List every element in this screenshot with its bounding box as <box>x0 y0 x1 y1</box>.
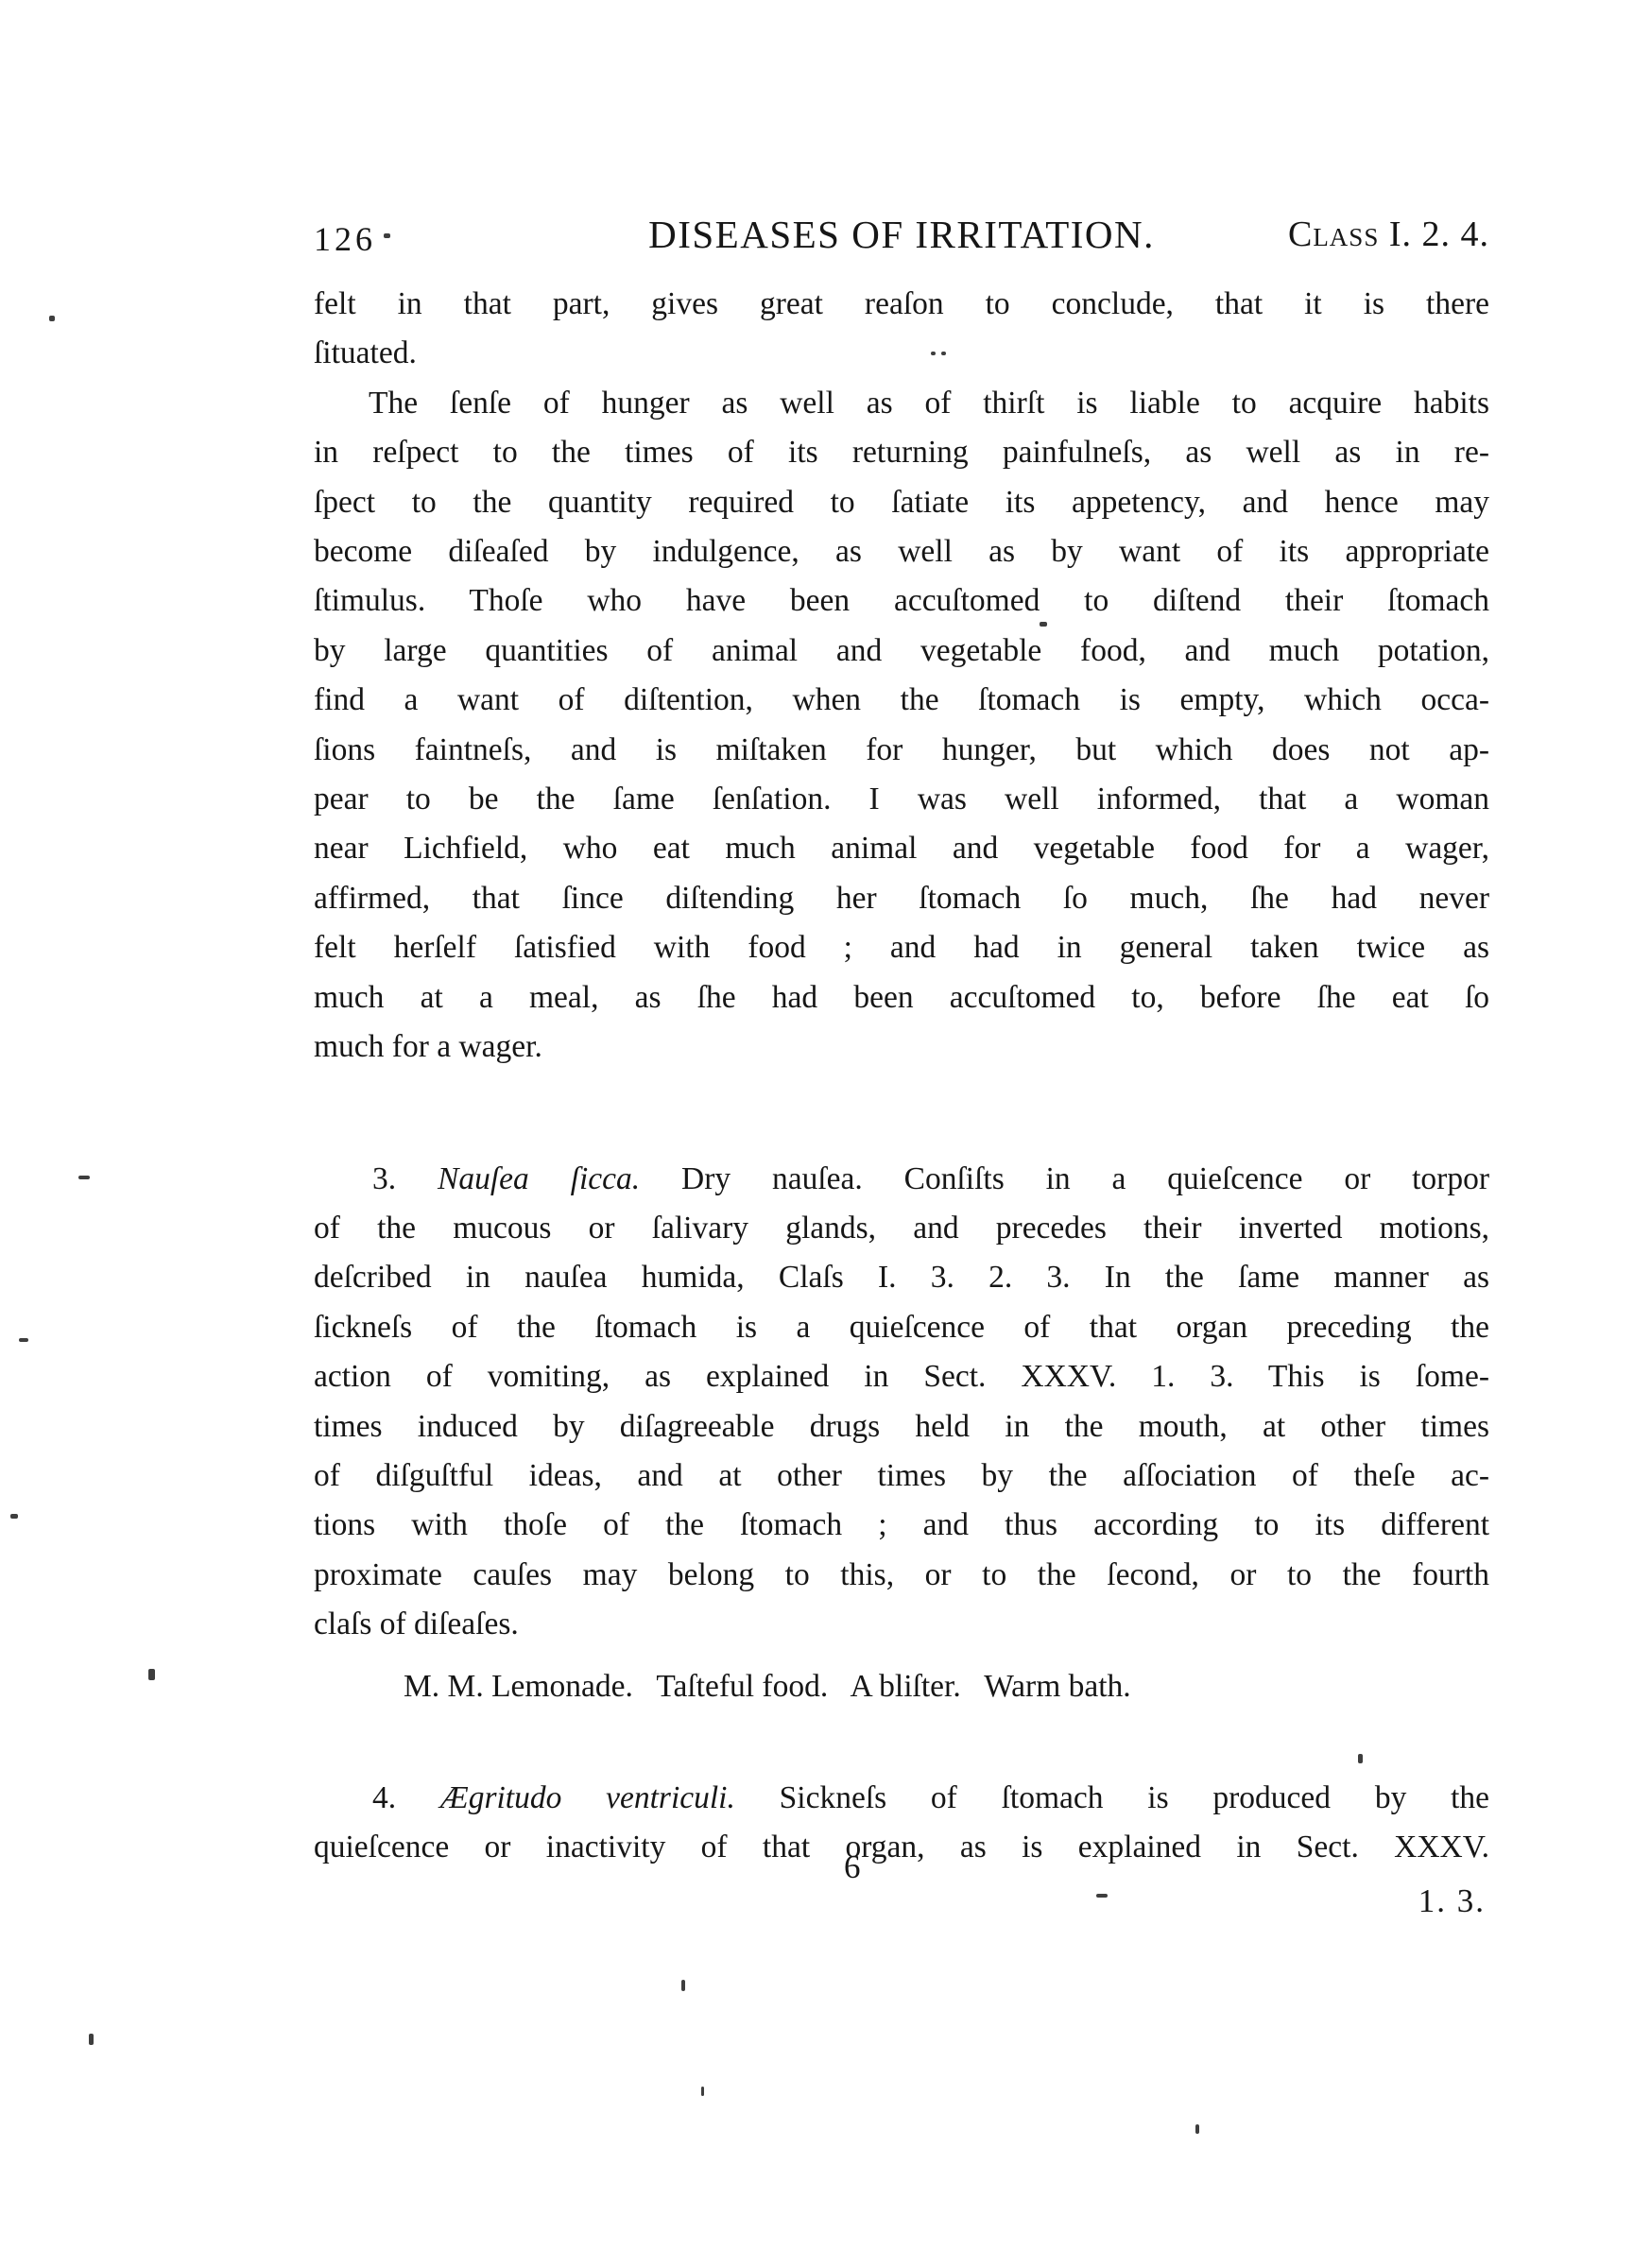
text-line: ſituated. <box>314 329 1489 378</box>
text-line: M. M. Lemonade. Taſteful food. A bliſter… <box>314 1662 1489 1711</box>
text-line: proximate cauſes may belong to this, or … <box>314 1551 1489 1600</box>
text-segment: Sickneſs of ſtomach is produced by the <box>735 1780 1489 1815</box>
scan-speck <box>941 352 946 355</box>
scan-speck <box>1358 1754 1363 1763</box>
text-segment: proximate cauſes may belong to this, or … <box>314 1557 1489 1592</box>
text-line: find a want of diſtention, when the ſtom… <box>314 676 1489 725</box>
text-line: The ſenſe of hunger as well as of thirſt… <box>314 379 1489 428</box>
book-page-scan: 126 DISEASES OF IRRITATION. Class I. 2. … <box>0 0 1633 2268</box>
text-segment: felt in that part, gives great reaſon to… <box>314 286 1489 321</box>
italic-term: Nauſea ſicca. <box>438 1161 640 1196</box>
text-segment: of diſguſtful ideas, and at other times … <box>314 1458 1489 1493</box>
text-segment: claſs of diſeaſes. <box>314 1606 519 1641</box>
text-line: action of vomiting, as explained in Sect… <box>314 1352 1489 1401</box>
text-line: much for a wager. <box>314 1022 1489 1072</box>
text-line: near Lichfield, who eat much animal and … <box>314 824 1489 873</box>
text-segment: of the mucous or ſalivary glands, and pr… <box>314 1211 1489 1246</box>
text-segment: find a want of diſtention, when the ſtom… <box>314 682 1489 717</box>
paragraph: The ſenſe of hunger as well as of thirſt… <box>314 379 1489 1073</box>
text-segment: felt herſelf ſatisfied with food ; and h… <box>314 930 1489 965</box>
text-line: felt herſelf ſatisfied with food ; and h… <box>314 923 1489 972</box>
text-line: 3. Nauſea ſicca. Dry nauſea. Conſiſts in… <box>314 1155 1489 1204</box>
text-line: felt in that part, gives great reaſon to… <box>314 280 1489 329</box>
page-header: 126 DISEASES OF IRRITATION. Class I. 2. … <box>314 212 1489 268</box>
text-line: ſions faintneſs, and is miſtaken for hun… <box>314 726 1489 775</box>
scan-speck <box>701 2087 704 2096</box>
text-line: ſpect to the quantity required to ſatiat… <box>314 478 1489 527</box>
text-line: by large quantities of animal and vegeta… <box>314 627 1489 676</box>
text-line: tions with thoſe of the ſtomach ; and th… <box>314 1501 1489 1550</box>
text-segment: much for a wager. <box>314 1029 542 1064</box>
text-segment: ſituated. <box>314 335 417 370</box>
text-segment: much at a meal, as ſhe had been accuſtom… <box>314 980 1489 1015</box>
scan-speck <box>148 1669 155 1680</box>
scan-speck <box>1096 1894 1108 1898</box>
press-figure: 6 <box>844 1848 861 1886</box>
text-segment: by large quantities of animal and vegeta… <box>314 633 1489 668</box>
text-line: of the mucous or ſalivary glands, and pr… <box>314 1204 1489 1253</box>
text-line: affirmed, that ſince diſtending her ſtom… <box>314 874 1489 923</box>
text-line: quieſcence or inactivity of that organ, … <box>314 1823 1489 1872</box>
italic-term: Ægritudo ventriculi. <box>440 1780 735 1815</box>
scan-speck <box>49 316 55 321</box>
scan-speck <box>10 1514 18 1519</box>
text-line: times induced by diſagreeable drugs held… <box>314 1402 1489 1452</box>
paragraph: 4. Ægritudo ventriculi. Sickneſs of ſtom… <box>314 1774 1489 1873</box>
scan-speck <box>1195 2124 1199 2134</box>
scan-speck <box>1040 622 1047 627</box>
paragraph: 3. Nauſea ſicca. Dry nauſea. Conſiſts in… <box>314 1155 1489 1650</box>
text-segment: 3. <box>372 1161 438 1196</box>
text-segment: 4. <box>372 1780 440 1815</box>
text-line: become diſeaſed by indulgence, as well a… <box>314 527 1489 576</box>
text-segment: near Lichfield, who eat much animal and … <box>314 831 1489 866</box>
scan-speck <box>19 1338 28 1342</box>
text-line: of diſguſtful ideas, and at other times … <box>314 1452 1489 1501</box>
text-line: pear to be the ſame ſenſation. I was wel… <box>314 775 1489 824</box>
text-segment: The ſenſe of hunger as well as of thirſt… <box>369 386 1489 421</box>
text-line: 4. Ægritudo ventriculi. Sickneſs of ſtom… <box>314 1774 1489 1823</box>
scan-speck <box>89 2034 94 2045</box>
class-label: Class I. 2. 4. <box>1288 214 1489 255</box>
paragraph: M. M. Lemonade. Taſteful food. A bliſter… <box>314 1662 1489 1711</box>
text-segment: M. M. Lemonade. Taſteful food. A bliſter… <box>404 1669 1131 1704</box>
text-segment: become diſeaſed by indulgence, as well a… <box>314 534 1489 569</box>
text-segment: Dry nauſea. Conſiſts in a quieſcence or … <box>640 1161 1489 1196</box>
scan-speck <box>78 1176 90 1179</box>
scan-speck <box>681 1980 685 1991</box>
text-segment: times induced by diſagreeable drugs held… <box>314 1409 1489 1444</box>
signature-mark: 1. 3. <box>1418 1882 1486 1920</box>
text-segment: deſcribed in nauſea humida, Claſs I. 3. … <box>314 1260 1489 1295</box>
text-segment: tions with thoſe of the ſtomach ; and th… <box>314 1507 1489 1542</box>
text-segment: pear to be the ſame ſenſation. I was wel… <box>314 782 1489 816</box>
scan-speck <box>931 352 936 355</box>
text-segment: ſtimulus. Thoſe who have been accuſtomed… <box>314 583 1489 618</box>
text-segment: ſickneſs of the ſtomach is a quieſcence … <box>314 1310 1489 1345</box>
text-segment: affirmed, that ſince diſtending her ſtom… <box>314 881 1489 916</box>
text-line: claſs of diſeaſes. <box>314 1600 1489 1649</box>
text-segment: quieſcence or inactivity of that organ, … <box>314 1830 1489 1864</box>
text-segment: ſpect to the quantity required to ſatiat… <box>314 485 1489 520</box>
text-line: in reſpect to the times of its returning… <box>314 428 1489 477</box>
paragraph: felt in that part, gives great reaſon to… <box>314 280 1489 379</box>
text-line: ſickneſs of the ſtomach is a quieſcence … <box>314 1303 1489 1352</box>
text-segment: ſions faintneſs, and is miſtaken for hun… <box>314 732 1489 767</box>
scan-speck <box>384 233 390 238</box>
text-line: much at a meal, as ſhe had been accuſtom… <box>314 973 1489 1022</box>
body-text: felt in that part, gives great reaſon to… <box>314 280 1489 1873</box>
text-line: ſtimulus. Thoſe who have been accuſtomed… <box>314 576 1489 626</box>
text-segment: action of vomiting, as explained in Sect… <box>314 1359 1489 1394</box>
text-segment: in reſpect to the times of its returning… <box>314 435 1489 470</box>
text-line: deſcribed in nauſea humida, Claſs I. 3. … <box>314 1253 1489 1302</box>
